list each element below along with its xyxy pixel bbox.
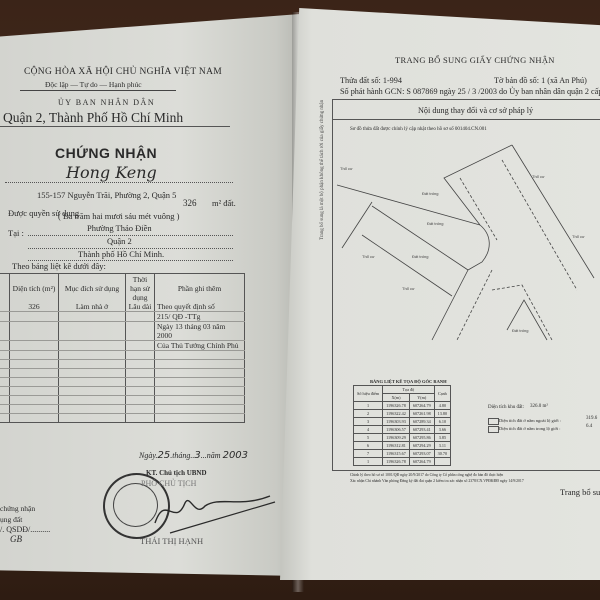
- owner-line: [5, 182, 233, 183]
- cell-area: 326: [10, 302, 59, 312]
- coordinate-cell: 1196303.93: [383, 418, 410, 426]
- cell-notes: Của Thủ Tướng Chính Phủ: [155, 341, 245, 351]
- table-intro: Theo bảng liệt kê dưới đây:: [12, 261, 106, 271]
- coordinate-cell: 3.85: [434, 434, 450, 442]
- margin-note-4: GB: [10, 534, 22, 544]
- coordinate-cell: 6.10: [434, 418, 450, 426]
- cell: [126, 322, 155, 341]
- cell: [59, 322, 126, 341]
- signer-role: PHÓ CHỦ TỊCH: [141, 479, 196, 488]
- cell-notes: Theo quyết định số: [155, 302, 245, 312]
- coordinate-cell: 607264.79: [409, 458, 434, 466]
- coordinate-cell: 1196326.78: [383, 402, 410, 410]
- vertical-note: Trang bổ sung là một bộ phận không thể t…: [320, 100, 325, 240]
- total-area-label: Diện tích khu đất:: [488, 405, 524, 410]
- cell-purpose: Làm nhà ở: [59, 302, 126, 312]
- cell: [59, 312, 126, 322]
- cell: [126, 341, 155, 351]
- district-underline: [0, 126, 230, 127]
- owner-address: 155-157 Nguyễn Trãi, Phường 2, Quận 5: [37, 190, 176, 200]
- margin-note-1: chứng nhận: [0, 504, 35, 513]
- svg-text:Đất trống: Đất trống: [422, 191, 438, 196]
- coordinate-cell: 607264.79: [409, 402, 434, 410]
- coordinate-cell: 1196312.81: [383, 442, 410, 450]
- coordinate-cell: 3.66: [434, 426, 450, 434]
- coordinates-title: BẢNG LIỆT KÊ TỌA ĐỘ GÓC RANH: [370, 379, 447, 384]
- location-label: Tại :: [8, 228, 24, 238]
- col-point: Số hiệu điểm: [354, 386, 383, 402]
- label-neighbor: Thổ cư: [340, 166, 353, 171]
- coordinate-cell: 607293.07: [409, 450, 434, 458]
- footnote-2: Xác nhận Chi nhánh Văn phòng Đăng ký đất…: [350, 479, 524, 483]
- area-unit: m² đất.: [212, 198, 236, 208]
- coordinate-row: 61196312.81607294.293.11: [354, 442, 451, 450]
- col-header-purpose: Mục đích sử dụng: [59, 274, 126, 303]
- cell: [0, 341, 10, 351]
- certificate-title: CHỨNG NHẬN: [55, 145, 157, 161]
- signature-icon: [150, 488, 280, 538]
- col-header-0: [0, 274, 10, 303]
- coordinate-row: 11196326.78607264.79: [354, 458, 451, 466]
- coordinate-cell: 3.11: [434, 442, 450, 450]
- country-motto: Độc lập — Tự do — Hạnh phúc: [45, 80, 142, 89]
- owner-name: Hong Keng: [66, 163, 157, 182]
- ward-value: Phường Thảo Điền: [87, 223, 152, 233]
- coordinate-cell: [434, 458, 450, 466]
- cell-term: Lâu dài: [126, 302, 155, 312]
- country-header: CỘNG HÒA XÃ HỘI CHỦ NGHĨA VIỆT NAM: [24, 67, 222, 77]
- col-header-area: Diện tích (m²): [10, 274, 59, 303]
- col-coord-group: Tọa độ: [383, 386, 435, 394]
- parcel-number: Thửa đất số: 1-994: [340, 76, 402, 85]
- margin-note-3: /. QSDĐ/..........: [0, 525, 50, 534]
- table-row: 326 Làm nhà ở Lâu dài Theo quyết định số: [0, 302, 245, 312]
- svg-text:Thổ cư: Thổ cư: [532, 174, 545, 179]
- coordinate-cell: 607293.41: [409, 426, 434, 434]
- signer-title: KT. Chủ tịch UBND: [146, 469, 207, 477]
- coordinate-cell: 1196315.67: [383, 450, 410, 458]
- legend-outside-label: Diện tích đất ở nằm ngoài lộ giới :: [499, 418, 561, 423]
- legend-box-inside: [488, 426, 499, 433]
- coordinate-cell: 1196322.42: [383, 410, 410, 418]
- coordinate-row: 71196315.67607293.0730.70: [354, 450, 451, 458]
- cell-notes: Ngày 13 tháng 03 năm 2000: [155, 322, 245, 341]
- coordinate-cell: 607295.86: [409, 434, 434, 442]
- cell: [126, 312, 155, 322]
- coordinate-cell: 30.70: [434, 450, 450, 458]
- coordinate-row: 11196326.78607264.794.80: [354, 402, 451, 410]
- cell: [59, 341, 126, 351]
- coordinate-cell: 6: [354, 442, 383, 450]
- parcel-map: Thổ cư Thổ cư Thổ cư Thổ cư Thổ cư Đất t…: [332, 140, 600, 350]
- svg-text:Đất trống: Đất trống: [427, 221, 443, 226]
- page-footer: Trang bổ sung: [560, 487, 600, 497]
- svg-text:Thổ cư: Thổ cư: [572, 234, 585, 239]
- coordinate-row: 51196309.29607295.863.85: [354, 434, 451, 442]
- footnote-1: Chỉnh lý theo hồ sơ số 1001/QĐ ngày 20/9…: [350, 473, 503, 477]
- coordinate-cell: 607261.98: [409, 410, 434, 418]
- coordinates-table: Số hiệu điểm Tọa độ Cạnh X(m) Y(m) 11196…: [353, 385, 451, 466]
- col-edge: Cạnh: [434, 386, 450, 402]
- coordinate-cell: 3: [354, 418, 383, 426]
- coordinate-cell: 4: [354, 426, 383, 434]
- cell-notes: 215/ QĐ -TTg: [155, 312, 245, 322]
- svg-text:Đất trống: Đất trống: [512, 328, 528, 333]
- supplement-title: TRANG BỔ SUNG GIẤY CHỨNG NHẬN: [395, 55, 555, 65]
- header-divider: [20, 90, 176, 91]
- coordinate-cell: 2: [354, 410, 383, 418]
- table-row: 215/ QĐ -TTg: [0, 312, 245, 322]
- margin-note-2: ụng đất: [0, 515, 22, 524]
- issue-info: Số phát hành GCN: S 087869 ngày 25 / 3 /…: [340, 87, 600, 96]
- table-row: Của Thủ Tướng Chính Phủ: [0, 341, 245, 351]
- cell: [10, 312, 59, 322]
- cell: [10, 322, 59, 341]
- svg-text:Thổ cư: Thổ cư: [362, 254, 375, 259]
- coordinate-cell: 1: [354, 402, 383, 410]
- svg-text:Thổ cư: Thổ cư: [402, 286, 415, 291]
- coordinate-cell: 4.80: [434, 402, 450, 410]
- district-value: Quận 2: [107, 236, 132, 246]
- coordinate-row: 31196303.93607289.346.10: [354, 418, 451, 426]
- col-header-term: Thời hạn sử dụng: [126, 274, 155, 303]
- legend-inside-label: Diện tích đất ở nằm trong lộ giới :: [499, 426, 561, 431]
- table-row: Ngày 13 tháng 03 năm 2000: [0, 322, 245, 341]
- cell: [0, 312, 10, 322]
- coordinate-cell: 13.80: [434, 410, 450, 418]
- legend-outside-value: 319.6: [586, 416, 597, 421]
- total-area-value: 326.0 m²: [530, 404, 548, 409]
- changes-header: Nội dung thay đổi và cơ sở pháp lý: [418, 106, 533, 115]
- coordinate-cell: 1196306.57: [383, 426, 410, 434]
- cell: [10, 341, 59, 351]
- map-sheet: Tờ bản đồ số: 1 (xã An Phú): [494, 76, 587, 85]
- map-caption: Sơ đồ thửa đất được chỉnh lý cập nhật th…: [350, 127, 487, 132]
- svg-text:Đất trống: Đất trống: [412, 254, 428, 259]
- col-header-notes: Phần ghi thêm: [155, 274, 245, 303]
- committee-label: ỦY BAN NHÂN DÂN: [58, 98, 155, 107]
- district-label: Quận 2, Thành Phố Hồ Chí Minh: [3, 110, 183, 126]
- signer-name: THÁI THỊ HẠNH: [140, 536, 203, 546]
- coordinate-cell: 1: [354, 458, 383, 466]
- coordinate-cell: 5: [354, 434, 383, 442]
- coordinate-cell: 7: [354, 450, 383, 458]
- cell: [0, 322, 10, 341]
- coordinate-row: 21196322.42607261.9813.80: [354, 410, 451, 418]
- coordinate-row: 41196306.57607293.413.66: [354, 426, 451, 434]
- legend-box-outside: [488, 418, 499, 425]
- issue-date: Ngày.25.tháng..3...năm 2003: [139, 450, 248, 461]
- coordinate-cell: 1196309.29: [383, 434, 410, 442]
- coordinate-cell: 607289.34: [409, 418, 434, 426]
- area-in-words: ( Ba trăm hai mươi sáu mét vuông ): [58, 211, 179, 221]
- coordinate-cell: 1196326.78: [383, 458, 410, 466]
- col-x: X(m): [383, 394, 410, 402]
- cell: [0, 302, 10, 312]
- area-value: 326: [183, 198, 197, 208]
- col-y: Y(m): [409, 394, 434, 402]
- legend-inside-value: 6.4: [586, 424, 592, 429]
- city-value: Thành phố Hồ Chí Minh.: [78, 249, 164, 259]
- land-use-table: Diện tích (m²) Mục đích sử dụng Thời hạn…: [0, 273, 245, 423]
- coordinate-cell: 607294.29: [409, 442, 434, 450]
